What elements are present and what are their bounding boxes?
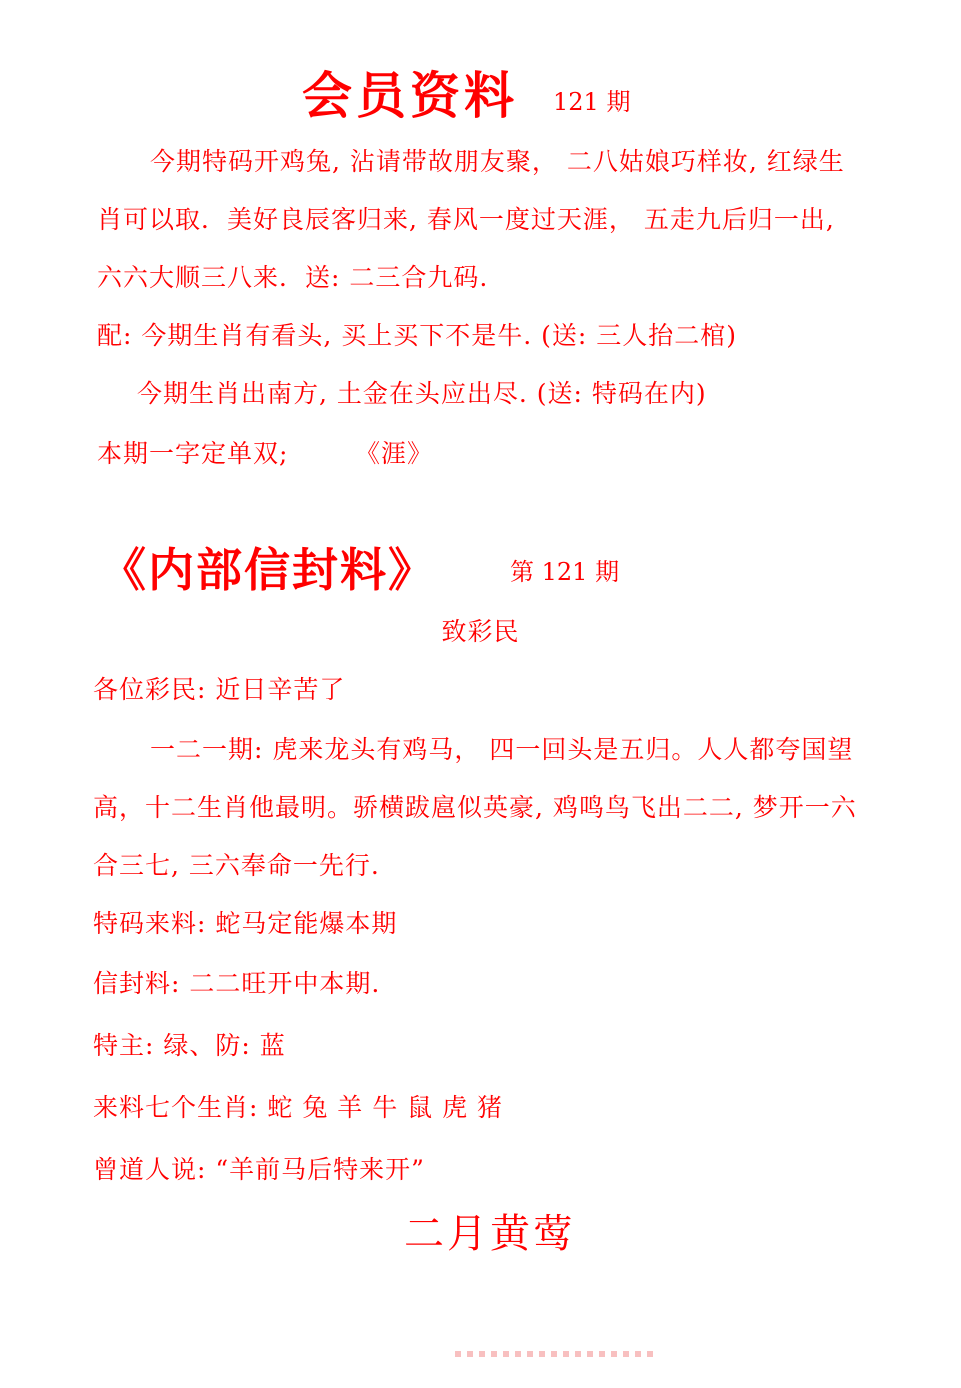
member-line-3: 六六大顺三八来．送: 二三合九码. [97,258,488,294]
item-envelope: 信封料: 二二旺开中本期. [93,964,380,1000]
member-info-title: 会员资料 [302,56,518,128]
poem-line-3: 合三七, 三六奉命一先行. [93,846,380,882]
item-quote: 曾道人说: “羊前马后特来开” [93,1150,425,1186]
footer-title: 二月黄莺 [404,1202,576,1259]
member-line-5: 今期生肖出南方, 土金在头应出尽. (送: 特码在内) [137,374,707,410]
letter-subtitle: 致彩民 [0,612,961,648]
member-line-2: 肖可以取．美好良辰客归来, 春风一度过天涯， 五走九后归一出, [97,200,835,236]
member-line-6-char: 《涯》 [355,434,433,470]
inside-envelope-issue: 第 121 期 [510,552,619,587]
inside-envelope-title: 《内部信封料》 [100,534,436,600]
poem-line-2: 高，十二生肖他最明。骄横跋扈似英豪, 鸡鸣鸟飞出二二, 梦开一六 [93,788,857,824]
item-colors: 特主: 绿、防: 蓝 [93,1026,286,1062]
poem-line-1: 一二一期: 虎来龙头有鸡马， 四一回头是五归。人人都夸国望 [150,730,853,766]
item-special-code: 特码来料: 蛇马定能爆本期 [93,904,397,940]
member-line-1: 今期特码开鸡兔, 沾请带故朋友聚， 二八姑娘巧样妆, 红绿生 [150,142,845,178]
member-line-6: 本期一字定单双; [97,434,288,470]
item-zodiacs: 来料七个生肖: 蛇 兔 羊 牛 鼠 虎 猪 [93,1088,503,1124]
member-info-issue: 121 期 [553,82,630,117]
scan-artifact [455,1351,655,1357]
letter-greeting: 各位彩民: 近日辛苦了 [93,670,345,706]
member-line-4: 配: 今期生肖有看头, 买上买下不是牛. (送: 三人抬二棺) [97,316,737,352]
